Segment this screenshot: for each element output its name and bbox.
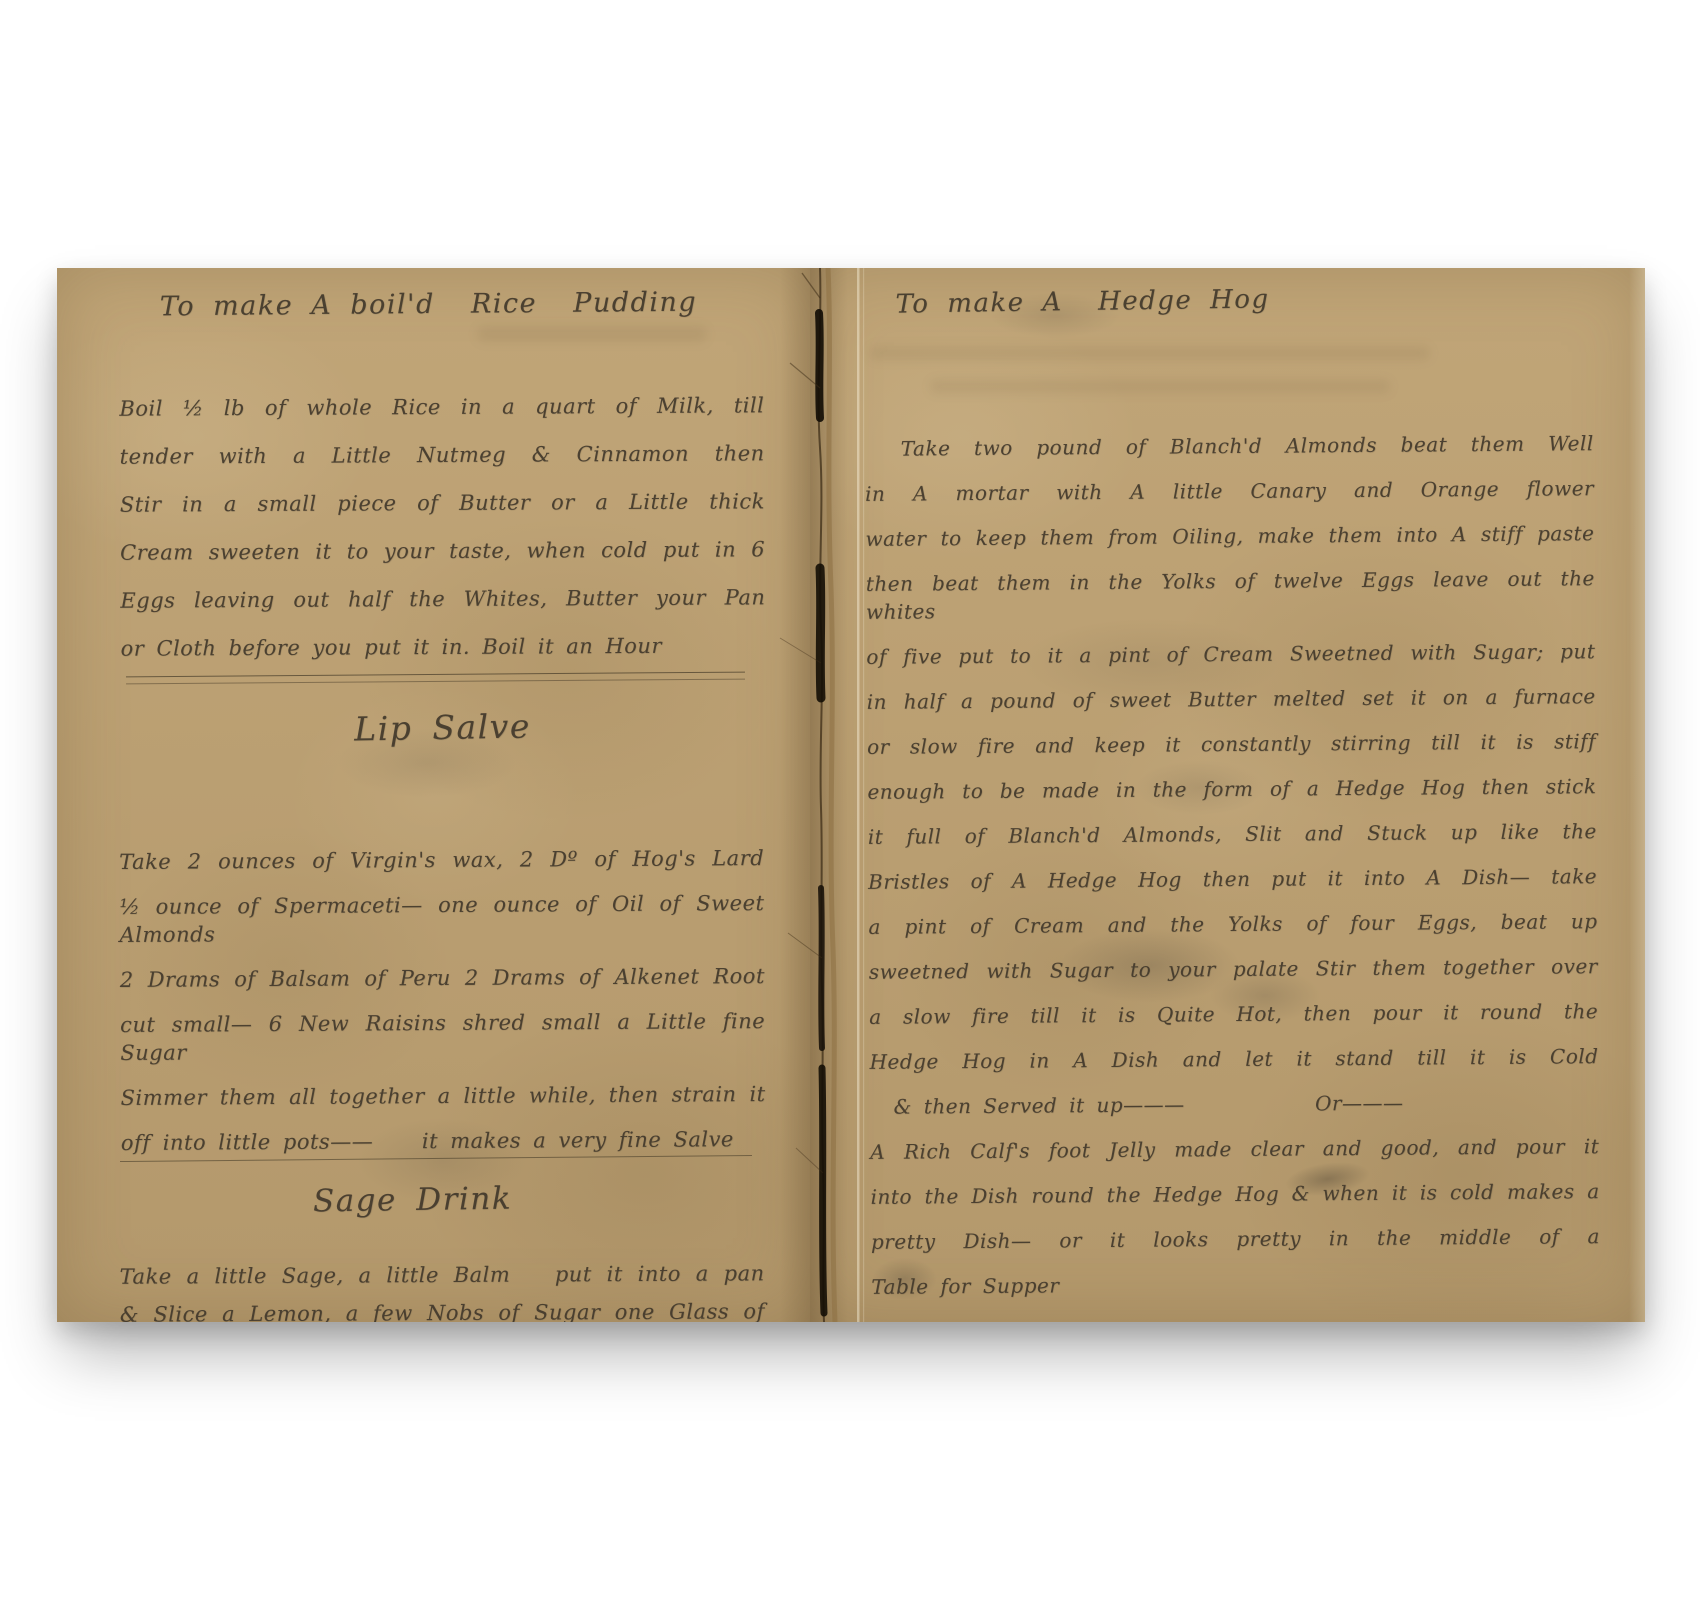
manuscript-line: or Cloth before you put it in. Boil it a… [121,630,766,663]
manuscript-line: ½ ounce of Spermaceti— one ounce of Oil … [119,889,764,949]
manuscript-line: Table for Supper [871,1267,1600,1301]
recipe-body-rice-pudding: Boil ½ lb of whole Rice in a quart of Mi… [119,390,765,663]
right-page: To make A Hedge Hog Take two pound of Bl… [810,268,1645,1322]
manuscript-line: sweetned with Sugar to your palate Stir … [869,952,1598,986]
manuscript-line: cut small— 6 New Raisins shred small a L… [120,1007,765,1067]
manuscript-spread: To make A boil'd Rice Pudding Boil ½ lb … [57,268,1645,1322]
manuscript-line: in half a pound of sweet Butter melted s… [867,682,1596,716]
manuscript-photo: To make A boil'd Rice Pudding Boil ½ lb … [0,0,1700,1600]
manuscript-line: & Slice a Lemon, a few Nobs of Sugar one… [120,1297,765,1322]
recipe-body-hedge-hog: Take two pound of Blanch'd Almonds beat … [865,429,1601,1301]
show-through-smudge [870,346,1430,360]
recipe-body-sage-drink: Take a little Sage, a little Balm put it… [120,1259,766,1322]
manuscript-line: it full of Blanch'd Almonds, Slit and St… [868,817,1597,851]
manuscript-line: pretty Dish— or it looks pretty in the m… [871,1222,1600,1256]
manuscript-line: Take 2 ounces of Virgin's wax, 2 Dº of H… [119,844,764,876]
manuscript-line: in A mortar with A little Canary and Ora… [865,474,1594,508]
recipe-title-sage-drink: Sage Drink [90,1176,735,1223]
manuscript-line: into the Dish round the Hedge Hog & when… [870,1177,1599,1211]
recipe-body-lip-salve: Take 2 ounces of Virgin's wax, 2 Dº of H… [119,844,766,1157]
left-page: To make A boil'd Rice Pudding Boil ½ lb … [57,268,810,1322]
manuscript-line: enough to be made in the form of a Hedge… [867,772,1596,806]
manuscript-line: Hedge Hog in A Dish and let it stand til… [869,1042,1598,1076]
show-through-smudge [477,326,707,342]
manuscript-line: A Rich Calf's foot Jelly made clear and … [870,1132,1599,1166]
manuscript-line: Simmer them all together a little while,… [121,1080,766,1112]
manuscript-line: Cream sweeten it to your taste, when col… [120,534,765,567]
manuscript-line: tender with a Little Nutmeg & Cinnamon t… [120,438,765,471]
manuscript-line: of five put to it a pint of Cream Sweetn… [866,637,1595,671]
manuscript-line: 2 Drams of Balsam of Peru 2 Drams of Alk… [120,962,765,994]
recipe-title-hedge-hog: To make A Hedge Hog [810,279,1447,325]
manuscript-line: a slow fire till it is Quite Hot, then p… [869,997,1598,1031]
manuscript-line: Bristles of A Hedge Hog then put it into… [868,862,1597,896]
manuscript-line: Boil ½ lb of whole Rice in a quart of Mi… [119,390,764,423]
manuscript-line: Eggs leaving out half the Whites, Butter… [120,582,765,615]
manuscript-line: Take a little Sage, a little Balm put it… [120,1259,765,1290]
manuscript-line: & then Served it up——— Or——— [870,1087,1599,1121]
recipe-title-rice-pudding: To make A boil'd Rice Pudding [106,285,751,325]
manuscript-line: Stir in a small piece of Butter or a Lit… [120,486,765,519]
manuscript-line: a pint of Cream and the Yolks of four Eg… [868,907,1597,941]
recipe-title-lip-salve: Lip Salve [120,702,766,753]
manuscript-line: water to keep them from Oiling, make the… [865,519,1594,553]
manuscript-line: or slow fire and keep it constantly stir… [867,727,1596,761]
manuscript-line: then beat them in the Yolks of twelve Eg… [866,564,1595,626]
manuscript-line: Take two pound of Blanch'd Almonds beat … [865,429,1594,463]
show-through-smudge [930,380,1390,393]
manuscript-line: off into little pots—— it makes a very f… [121,1125,766,1157]
divider-double-rule [126,672,745,685]
